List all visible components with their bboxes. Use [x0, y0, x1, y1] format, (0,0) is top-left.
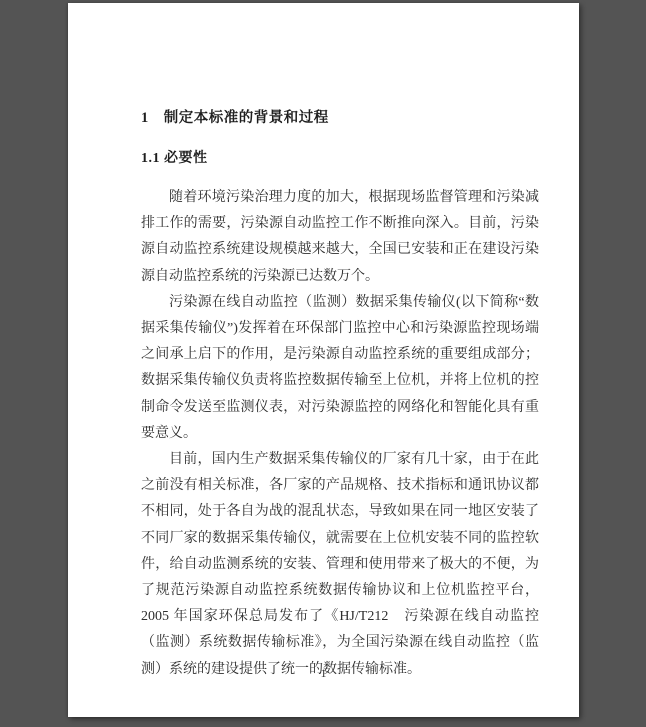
section-heading: 1 制定本标准的背景和过程: [141, 109, 539, 127]
page-content: 1 制定本标准的背景和过程 1.1 必要性 随着环境污染治理力度的加大，根据现场…: [141, 109, 539, 683]
paragraph: 污染源在线自动监控（监测）数据采集传输仪(以下简称“数据采集传输仪”)发挥着在环…: [141, 290, 539, 447]
body-text: 随着环境污染治理力度的加大，根据现场监督管理和污染减排工作的需要，污染源自动监控…: [141, 185, 539, 683]
document-viewer-background: 1 制定本标准的背景和过程 1.1 必要性 随着环境污染治理力度的加大，根据现场…: [0, 0, 646, 727]
subsection-heading: 1.1 必要性: [141, 150, 539, 167]
document-page: 1 制定本标准的背景和过程 1.1 必要性 随着环境污染治理力度的加大，根据现场…: [68, 3, 579, 717]
paragraph: 随着环境污染治理力度的加大，根据现场监督管理和污染减排工作的需要，污染源自动监控…: [141, 185, 539, 290]
page-number: 1: [68, 666, 579, 681]
paragraph: 目前，国内生产数据采集传输仪的厂家有几十家，由于在此之前没有相关标准，各厂家的产…: [141, 447, 539, 683]
